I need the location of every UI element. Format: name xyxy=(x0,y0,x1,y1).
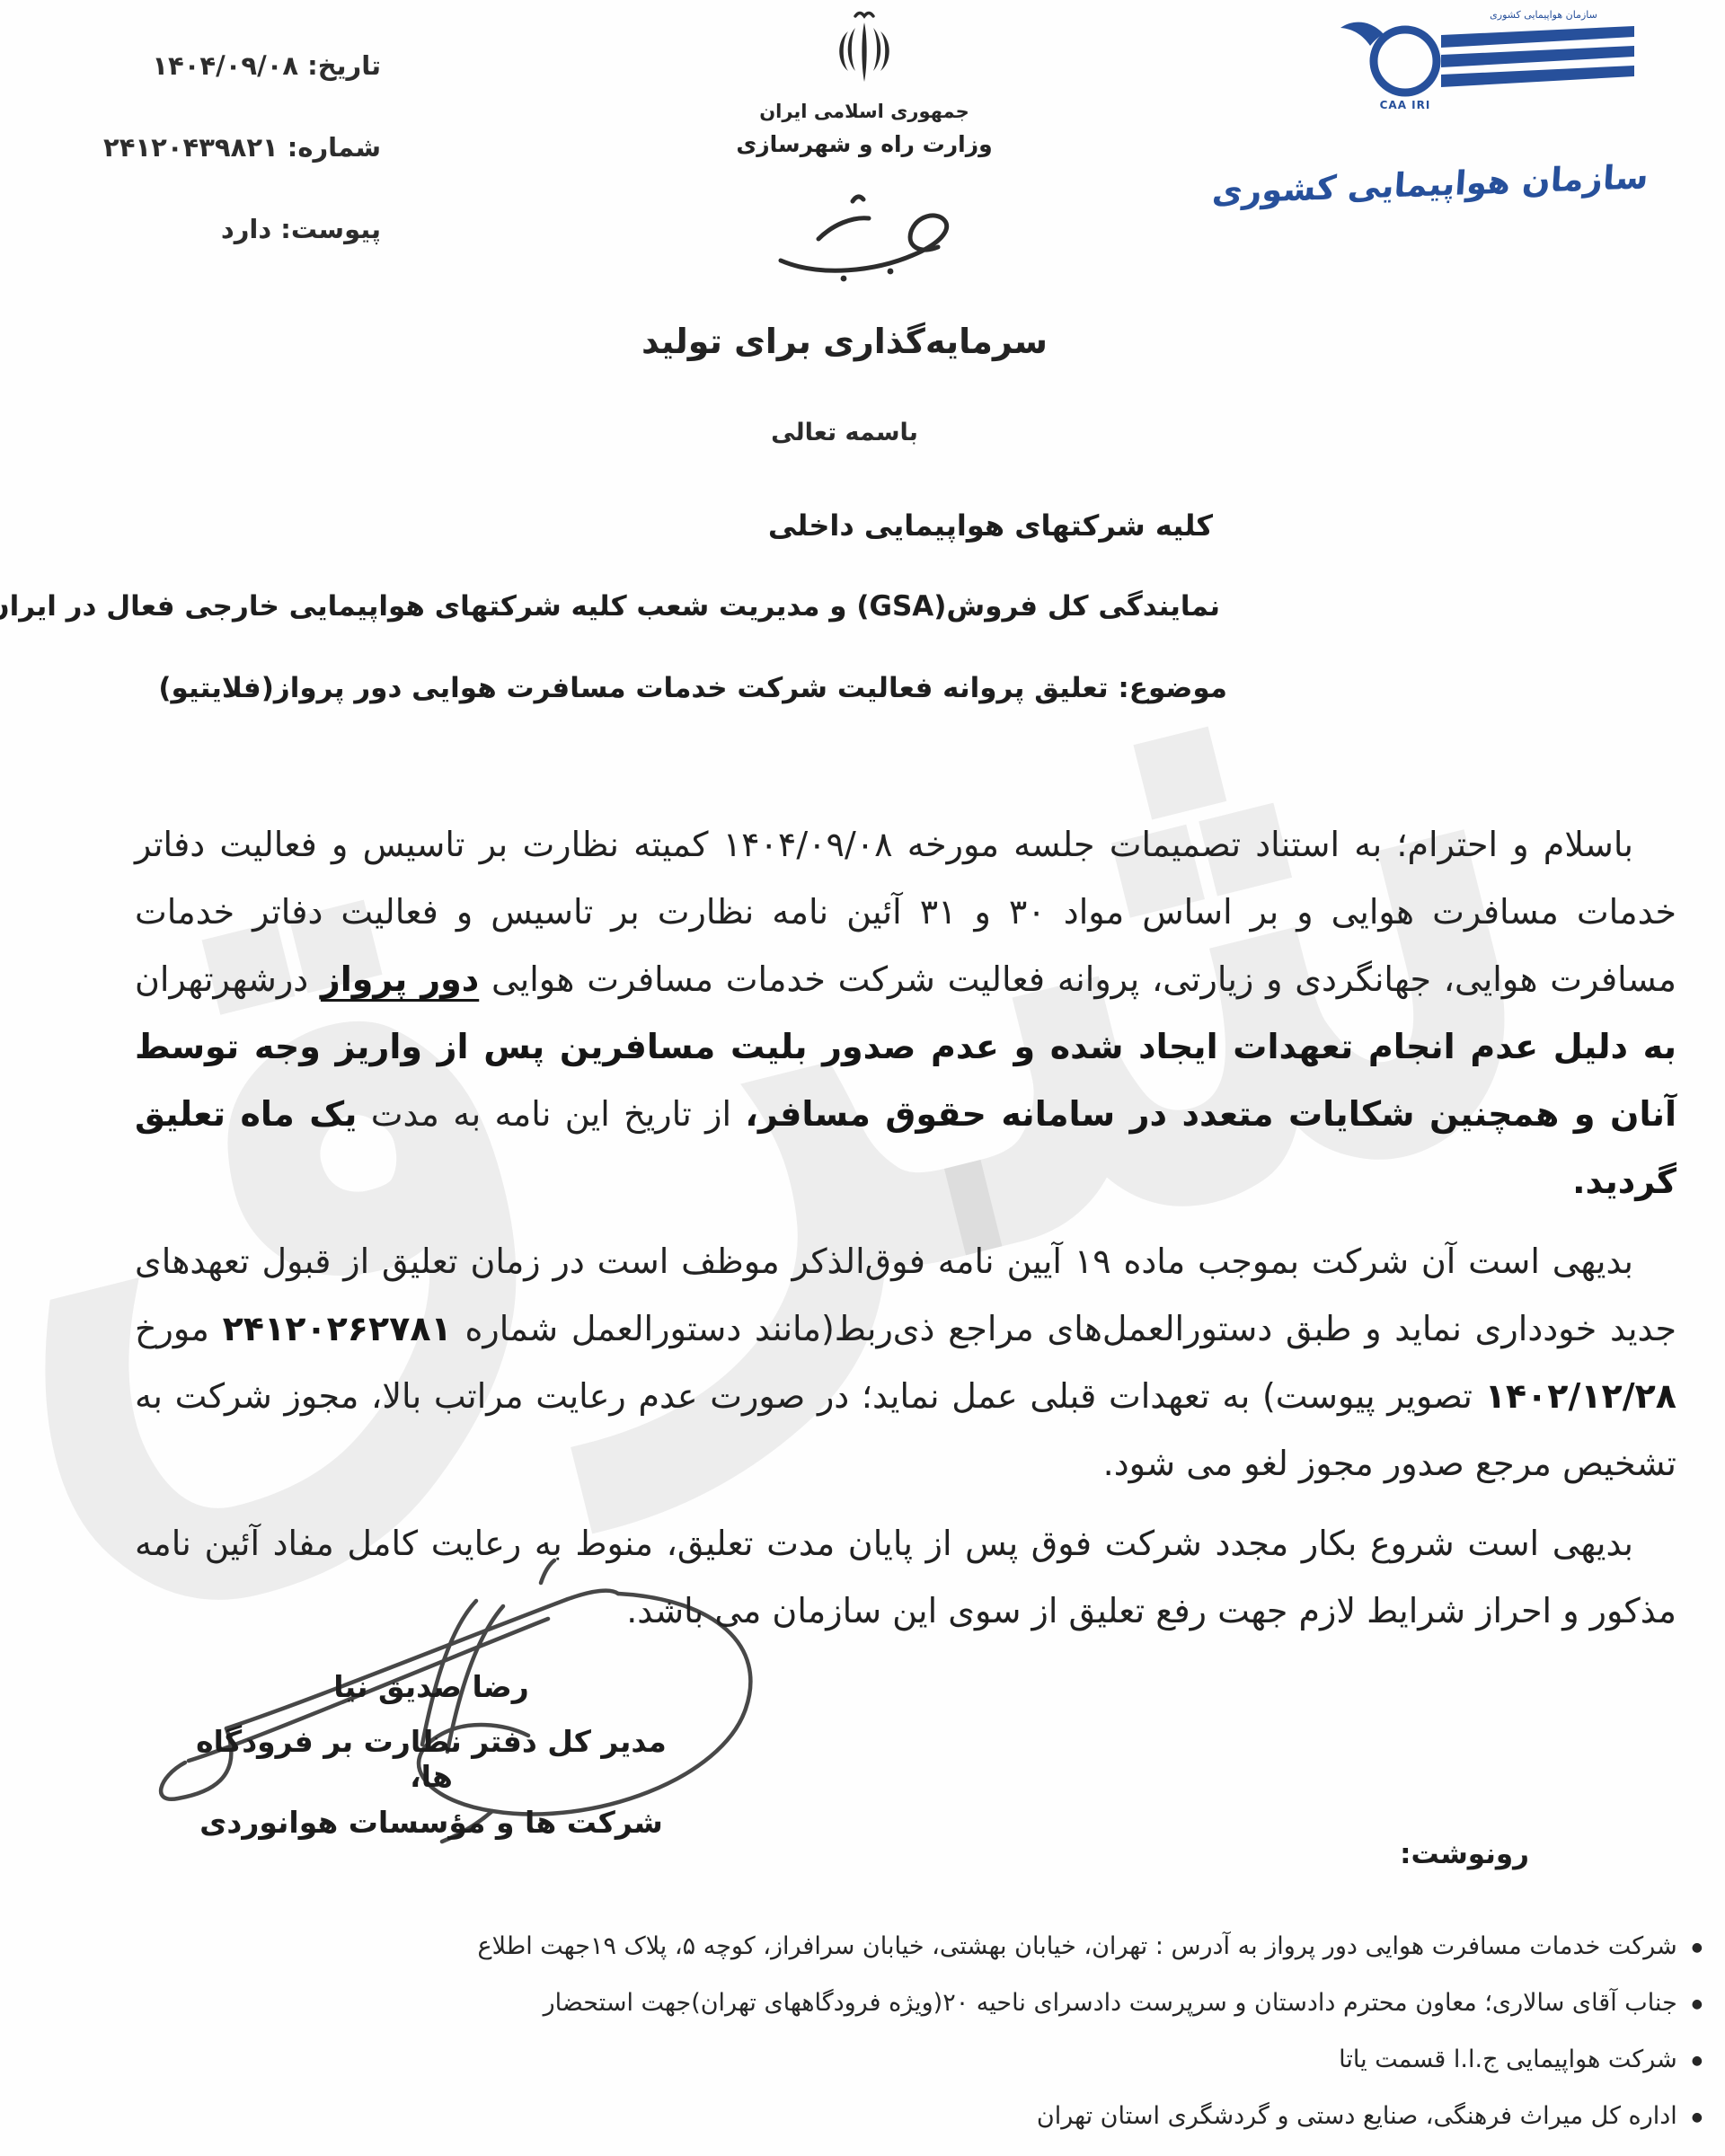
country-name: جمهوری اسلامی ایران xyxy=(728,101,1001,122)
cc-label: رونوشت: xyxy=(1400,1838,1529,1870)
body-text-segment: دور پرواز xyxy=(321,959,479,999)
cc-item: ●شرکت هواپیمایی ج.ا.ا قسمت یاتا xyxy=(108,2032,1703,2089)
ministry-name: وزارت راه و شهرسازی xyxy=(728,131,1001,157)
body-text-segment: ۲۴۱۲۰۲۶۲۷۸۱ xyxy=(223,1309,452,1348)
date-value: ۱۴۰۴/۰۹/۰۸ xyxy=(152,50,298,81)
number-label: شماره: xyxy=(287,132,381,163)
body-text-segment: از تاریخ این نامه به مدت xyxy=(357,1094,745,1134)
body-paragraph: باسلام و احترام؛ به استناد تصمیمات جلسه … xyxy=(135,811,1676,1215)
bullet-icon: ● xyxy=(1692,2110,1703,2125)
bullet-icon: ● xyxy=(1692,1997,1703,2011)
body-paragraph: بدیهی است آن شرکت بموجب ماده ۱۹ آیین نام… xyxy=(135,1228,1676,1498)
cao-logo-top-text: سازمان هواپیمایی کشوری xyxy=(1490,9,1597,21)
ministry-calligraphy-icon xyxy=(766,189,975,293)
number-value: ۲۴۱۲۰۴۳۹۸۲۱ xyxy=(103,132,279,163)
meta-attachment: پیوست:دارد xyxy=(115,214,381,244)
body-text-segment: بدیهی است شروع بکار مجدد شرکت فوق پس از … xyxy=(135,1524,1676,1630)
attachment-value: دارد xyxy=(221,214,271,244)
scanned-letter-page: شرق تاریخ:۱۴۰۴/۰۹/۰۸ شماره:۲۴۱۲۰۴۳۹۸۲۱ پ… xyxy=(0,0,1725,2156)
cc-item-text: جناب آقای سالاری؛ معاون محترم دادستان و … xyxy=(544,1989,1677,2017)
subject-line: موضوع: تعلیق پروانه فعالیت شرکت خدمات مس… xyxy=(158,672,1227,704)
attachment-label: پیوست: xyxy=(280,214,381,244)
cc-item: ●شرکت خدمات مسافرت هوایی دور پرواز به آد… xyxy=(108,1919,1703,1975)
cao-org-name: سازمان هواپیمایی کشوری xyxy=(1299,157,1650,208)
letter-body: باسلام و احترام؛ به استناد تصمیمات جلسه … xyxy=(135,811,1676,1657)
bullet-icon: ● xyxy=(1692,1940,1703,1955)
body-text-segment: درشهرتهران xyxy=(135,959,321,999)
cao-caa-caption: CAA IRI xyxy=(1380,99,1431,111)
letter-meta: تاریخ:۱۴۰۴/۰۹/۰۸ شماره:۲۴۱۲۰۴۳۹۸۲۱ پیوست… xyxy=(115,50,381,244)
body-text-segment: مورخ xyxy=(135,1309,223,1348)
recipient-line-2: نمایندگی کل فروش(GSA) و مدیریت شعب کلیه … xyxy=(0,590,1220,623)
date-label: تاریخ: xyxy=(307,50,381,81)
body-text-segment: تصویر پیوست) به تعهدات قبلی عمل نماید؛ د… xyxy=(135,1376,1676,1483)
cc-item: ●جناب آقای سالاری؛ معاون محترم دادستان و… xyxy=(108,1975,1703,2032)
meta-date: تاریخ:۱۴۰۴/۰۹/۰۸ xyxy=(115,50,381,81)
signer-name: رضا صدیق نیا xyxy=(180,1669,683,1704)
cao-logo-icon: سازمان هواپیمایی کشوری CAA IRI xyxy=(1335,5,1641,113)
iran-emblem-icon xyxy=(823,9,906,101)
body-paragraph: بدیهی است شروع بکار مجدد شرکت فوق پس از … xyxy=(135,1510,1676,1645)
year-slogan: سرمایه‌گذاری برای تولید xyxy=(575,322,1114,361)
cc-list: ●شرکت خدمات مسافرت هوایی دور پرواز به آد… xyxy=(108,1919,1703,2145)
cc-item-text: شرکت هواپیمایی ج.ا.ا قسمت یاتا xyxy=(1339,2046,1677,2073)
meta-number: شماره:۲۴۱۲۰۴۳۹۸۲۱ xyxy=(115,132,381,163)
body-text-segment: ۱۴۰۲/۱۲/۲۸ xyxy=(1485,1376,1676,1416)
basmala: باسمه تعالی xyxy=(629,419,1060,446)
cc-item-text: شرکت خدمات مسافرت هوایی دور پرواز به آدر… xyxy=(477,1932,1676,1960)
bullet-icon: ● xyxy=(1692,2054,1703,2068)
recipient-line-1: کلیه شرکتهای هواپیمایی داخلی xyxy=(768,508,1213,543)
cc-item: ●اداره کل میراث فرهنگی، صنایع دستی و گرد… xyxy=(108,2089,1703,2145)
signer-title-1: مدیر کل دفتر نظارت بر فرودگاه ها، xyxy=(180,1724,683,1794)
signer-title-2: شرکت ها و مؤسسات هوانوردی xyxy=(180,1805,683,1840)
signature-block: رضا صدیق نیا مدیر کل دفتر نظارت بر فرودگ… xyxy=(180,1669,683,1851)
cc-item-text: اداره کل میراث فرهنگی، صنایع دستی و گردش… xyxy=(1037,2102,1677,2130)
